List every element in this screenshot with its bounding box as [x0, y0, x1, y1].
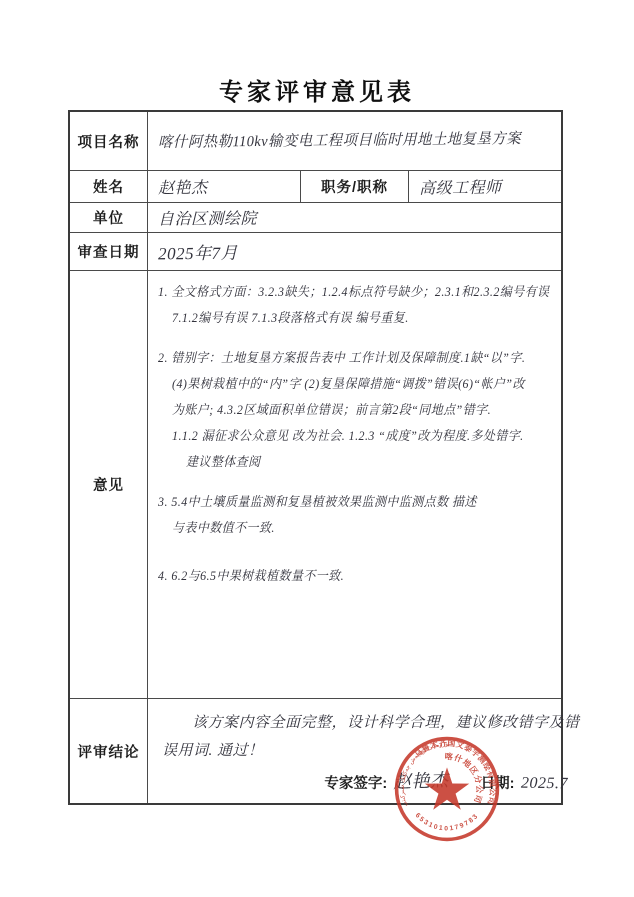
table-row: 评审结论 该方案内容全面完整，设计科学合理，建议修改错字及错 误用词. 通过！ …: [70, 698, 561, 803]
job-title-label: 职务/职称: [300, 171, 408, 202]
job-title-cell: 高级工程师: [408, 171, 561, 202]
opinion-line: 2. 错别字：土地复垦方案报告表中 工作计划及保障制度.1缺“以”字.: [158, 345, 549, 371]
name-label: 姓名: [70, 171, 147, 202]
signature-date-label: 日期:: [481, 772, 515, 793]
opinion-line: 4. 6.2与6.5中果树栽植数量不一致.: [158, 563, 549, 589]
conclusion-label: 评审结论: [70, 699, 147, 803]
opinion-line: 与表中数值不一致.: [172, 515, 551, 541]
table-row: 项目名称 喀什阿热勒110kv输变电工程项目临时用地土地复垦方案: [70, 112, 561, 170]
review-date-value: 2025年7月: [158, 239, 238, 265]
table-row: 意见 1. 全文格式方面：3.2.3缺失；1.2.4标点符号缺少；2.3.1和2…: [70, 270, 561, 698]
unit-value: 自治区测绘院: [158, 206, 257, 230]
review-date-label: 审查日期: [70, 233, 147, 270]
opinion-line: 1. 全文格式方面：3.2.3缺失；1.2.4标点符号缺少；2.3.1和2.3.…: [158, 279, 549, 305]
conclusion-line: 该方案内容全面完整，设计科学合理，建议修改错字及错: [162, 709, 580, 737]
scanned-document-page: 专家评审意见表 项目名称 喀什阿热勒110kv输变电工程项目临时用地土地复垦方案…: [0, 0, 634, 897]
unit-cell: 自治区测绘院: [147, 203, 561, 232]
expert-signature-value: 赵艳杰: [393, 766, 449, 794]
project-name-value: 喀什阿热勒110kv输变电工程项目临时用地土地复垦方案: [158, 127, 521, 152]
signature-row: 专家签字: 赵艳杰 日期: 2025.7: [324, 767, 567, 793]
opinion-label: 意见: [70, 271, 147, 698]
opinion-line: 7.1.2编号有误 7.1.3段落格式有误 编号重复.: [172, 305, 551, 331]
project-name-cell: 喀什阿热勒110kv输变电工程项目临时用地土地复垦方案: [147, 112, 561, 170]
page-title: 专家评审意见表: [0, 72, 634, 107]
opinion-line: 建议整体查阅: [186, 449, 552, 475]
opinion-line: 为账户; 4.3.2区域面积单位错误；前言第2段“同地点”错字.: [172, 397, 551, 423]
conclusion-line: 误用词. 通过！: [162, 737, 580, 765]
opinion-line: (4)果树栽植中的“内”字 (2)复垦保障措施“调拨”错误(6)“帐户”改: [172, 371, 551, 397]
table-row: 单位 自治区测绘院: [70, 202, 561, 232]
opinion-line: 3. 5.4中土壤质量监测和复垦植被效果监测中监测点数 描述: [158, 489, 549, 515]
opinion-cell: 1. 全文格式方面：3.2.3缺失；1.2.4标点符号缺少；2.3.1和2.3.…: [147, 271, 588, 698]
seal-serial-number: 6531010179783: [414, 812, 481, 832]
name-value: 赵艳杰: [158, 175, 208, 199]
expert-signature-label: 专家签字:: [324, 772, 387, 793]
opinion-line: 1.1.2 漏征求公众意见 改为社会. 1.2.3 “成度”改为程度.多处错字.: [172, 423, 551, 449]
conclusion-cell: 该方案内容全面完整，设计科学合理，建议修改错字及错 误用词. 通过！ 专家签字:…: [147, 699, 594, 803]
name-cell: 赵艳杰: [147, 171, 300, 202]
table-row: 姓名 赵艳杰 职务/职称 高级工程师: [70, 170, 561, 202]
review-date-cell: 2025年7月: [147, 233, 561, 270]
signature-date-value: 2025.7: [520, 775, 567, 794]
unit-label: 单位: [70, 203, 147, 232]
review-form-table: 项目名称 喀什阿热勒110kv输变电工程项目临时用地土地复垦方案 姓名 赵艳杰 …: [68, 110, 563, 805]
job-title-value: 高级工程师: [419, 174, 502, 198]
project-name-label: 项目名称: [70, 112, 147, 170]
table-row: 审查日期 2025年7月: [70, 232, 561, 270]
